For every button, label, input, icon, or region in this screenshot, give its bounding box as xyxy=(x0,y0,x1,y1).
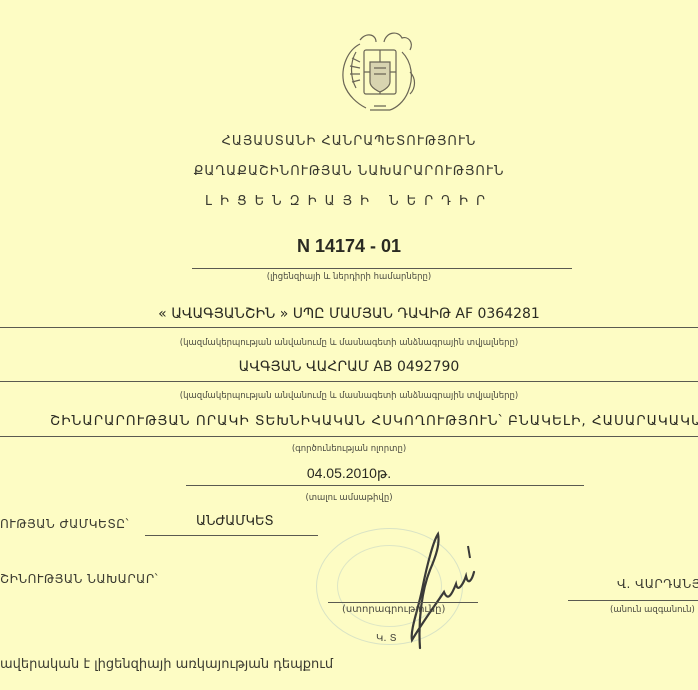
issue-date: 04.05.2010թ. xyxy=(0,465,698,482)
issue-date-caption: (տալու ամսաթիվը) xyxy=(0,493,698,503)
license-number-caption: (լիցենզիայի և ներդիրի համարները) xyxy=(0,272,698,282)
country-heading: ՀԱՅԱՍՏԱՆԻ ՀԱՆՐԱՊԵՏՈՒԹՅՈՒՆ xyxy=(0,134,698,149)
divider xyxy=(0,381,698,382)
signature-mark xyxy=(340,520,500,660)
divider xyxy=(192,268,572,269)
signature-line xyxy=(328,602,478,603)
specialist-value: ԱՎԳՅԱՆ ՎԱՀՐԱՄ AB 0492790 xyxy=(0,359,698,375)
coat-of-arms-icon xyxy=(330,22,430,122)
minister-name: Վ. ՎԱՐԴԱՆՅԱ xyxy=(617,577,698,591)
organization-value: « ԱՎԱԳՅԱՆՇԻՆ » ՍՊԸ ՄԱՄՅԱՆ ԴԱՎԻԹ AF 03642… xyxy=(0,306,698,322)
validity-value: ԱՆԺԱՄԿԵՏ xyxy=(196,514,274,529)
divider xyxy=(0,436,698,437)
divider xyxy=(0,327,698,328)
organization-caption: (կազմակերպության անվանումը և մասնագետի ա… xyxy=(0,338,698,348)
license-number: N 14174 - 01 xyxy=(0,236,698,257)
seal-label: Կ. Տ xyxy=(376,633,397,644)
activity-value: ՇԻՆԱՐԱՐՈՒԹՅԱՆ ՈՐԱԿԻ ՏԵԽՆԻԿԱԿԱՆ ՀՍԿՈՂՈՒԹՅ… xyxy=(50,413,698,429)
divider xyxy=(568,600,698,601)
signature-caption: (ստորագրությունը) xyxy=(342,604,445,615)
document-type-heading: ԼԻՑԵՆԶԻԱՅԻ ՆԵՐԴԻՐ xyxy=(0,194,698,209)
ministry-heading: ՔԱՂԱՔԱՇԻՆՈՒԹՅԱՆ ՆԱԽԱՐԱՐՈՒԹՅՈՒՆ xyxy=(0,164,698,179)
minister-name-caption: (անուն ազգանուն) xyxy=(610,605,695,615)
validity-label: ՈՒԹՅԱՆ ԺԱՄԿԵՏԸ՝ xyxy=(0,517,129,531)
footer-note: ավերական է լիցենզիայի առկայության դեպքու… xyxy=(0,657,333,672)
divider xyxy=(145,535,318,536)
specialist-caption: (կազմակերպության անվանումը և մասնագետի ա… xyxy=(0,391,698,401)
minister-label: ՇԻՆՈՒԹՅԱՆ ՆԱԽԱՐԱՐ՝ xyxy=(0,572,158,586)
divider xyxy=(186,485,584,486)
activity-caption: (գործունեության ոլորտը) xyxy=(0,444,698,454)
